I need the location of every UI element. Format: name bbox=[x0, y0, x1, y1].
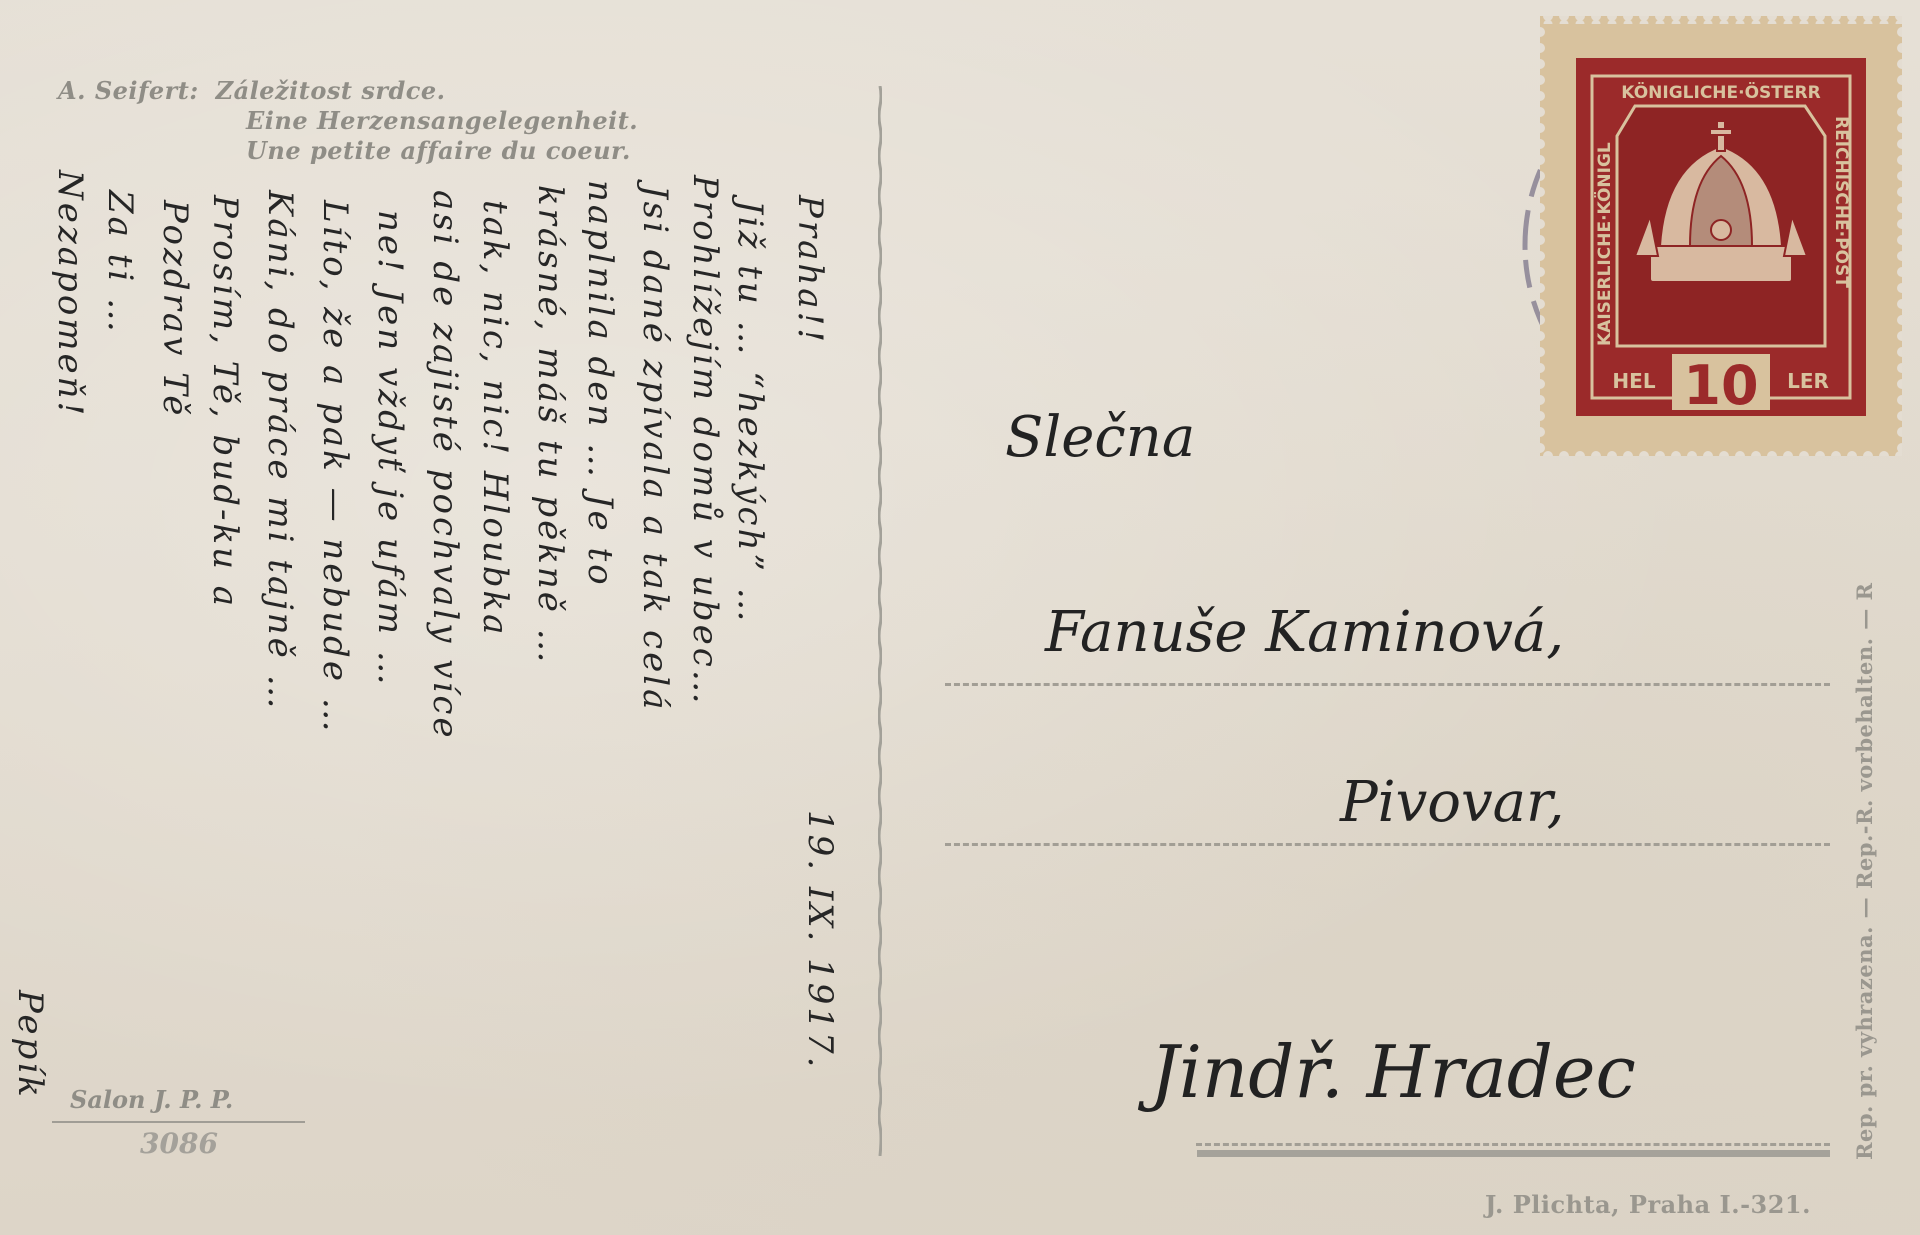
address-line-underline bbox=[1197, 1150, 1830, 1157]
address-salutation: Slečna bbox=[1005, 405, 1195, 470]
message-line: Již tu … “hezkých” … bbox=[730, 200, 770, 625]
postcard-title-german: Eine Herzensangelegenheit. bbox=[246, 106, 638, 135]
reproduction-rights-text: Rep. pr. vyhrazena. — Rep.-R. vorbehalte… bbox=[1852, 583, 1877, 1160]
message-line: Prohlížejím domů v ubec… bbox=[685, 175, 725, 707]
message-line: naplnila den … Je to bbox=[580, 180, 620, 588]
svg-text:REICHISCHE·POST: REICHISCHE·POST bbox=[1831, 116, 1851, 288]
message-line: Prosím, Tě, bud-ku a bbox=[205, 195, 245, 609]
postage-stamp: 10 HEL LER KÖNIGLICHE·ÖSTERR KAISERLICHE… bbox=[1540, 16, 1902, 456]
address-name: Fanuše Kaminová, bbox=[1045, 600, 1564, 665]
handwritten-message: Praha!! 19. IX. 1917. Již tu … “hezkých”… bbox=[0, 150, 840, 1230]
message-line: Nezapomeň! bbox=[50, 170, 90, 418]
message-line: Káni, do práce mi tajně … bbox=[260, 190, 300, 712]
address-city: Jindř. Hradec bbox=[1150, 1030, 1636, 1114]
address-line-1 bbox=[945, 683, 1830, 686]
message-line: krásné, máš tu pěkně … bbox=[530, 185, 570, 666]
stamp-value: 10 bbox=[1683, 354, 1758, 417]
svg-text:KAISERLICHE·KÖNIGL: KAISERLICHE·KÖNIGL bbox=[1593, 142, 1615, 346]
svg-text:LER: LER bbox=[1787, 369, 1829, 393]
publisher-imprint: J. Plichta, Praha I.-321. bbox=[1485, 1190, 1811, 1219]
message-line: asi de zajisté pochvaly více bbox=[425, 190, 465, 741]
message-line: ne! Jen vždyť je ufám … bbox=[370, 210, 410, 688]
address-line-3 bbox=[1196, 1143, 1830, 1146]
message-line: Za ti … bbox=[100, 190, 140, 335]
message-line: Pozdrav Tě bbox=[155, 200, 195, 418]
message-date: 19. IX. 1917. bbox=[800, 810, 840, 1070]
address-line-2 bbox=[945, 843, 1830, 846]
message-line: tak, nic, nic! Hloubka bbox=[475, 200, 515, 637]
svg-text:KÖNIGLICHE·ÖSTERR: KÖNIGLICHE·ÖSTERR bbox=[1621, 81, 1820, 103]
address-line2: Pivovar, bbox=[1340, 770, 1564, 835]
message-line: Líto, že a pak — nebude … bbox=[315, 200, 355, 735]
message-line: Jsi dané zpívala a tak celá bbox=[635, 185, 675, 712]
postcard: A. Seifert: Záležitost srdce. Eine Herze… bbox=[0, 0, 1920, 1235]
center-divider bbox=[878, 86, 882, 1156]
svg-text:HEL: HEL bbox=[1612, 369, 1655, 393]
postcard-title-author: A. Seifert: Záležitost srdce. bbox=[58, 76, 446, 105]
message-signature: Pepík bbox=[10, 990, 50, 1100]
message-place: Praha!! bbox=[790, 195, 830, 345]
